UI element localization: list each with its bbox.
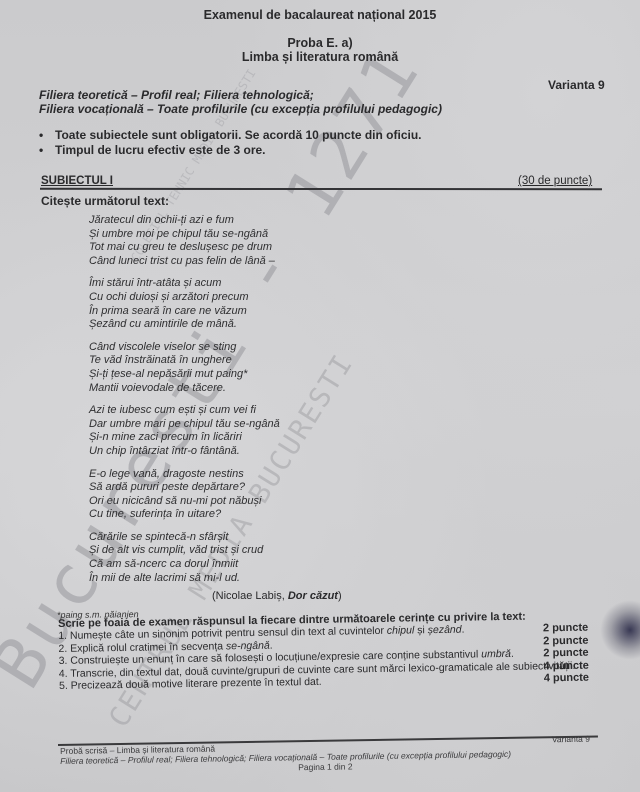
- poem-line: Și-n mine zaci precum în licăriri: [89, 431, 280, 445]
- instruction-item: •Timpul de lucru efectiv este de 3 ore.: [39, 143, 422, 158]
- exam-page: Bucuresti - 1271 CENTRUL MEDIA BUCURESTI…: [0, 0, 640, 792]
- bullet-icon: •: [39, 128, 55, 143]
- poem-line: Tot mai cu greu te deslușesc pe drum: [89, 241, 280, 255]
- poem-author: Nicolae Labiș: [216, 590, 282, 602]
- poem-line: Dar umbre mari pe chipul tău se-ngână: [89, 418, 280, 432]
- poem-line: Ori eu nicicând să nu-mi pot năbuși: [89, 495, 280, 509]
- poem-stanza: Cărările se spintecă-n sfârșitȘi de alt …: [89, 531, 280, 585]
- section-title: SUBIECTUL I: [41, 175, 113, 187]
- poem-line: Un chip întârziat într-o fântână.: [89, 445, 280, 459]
- poem-line: Cu tine, suferința în uitare?: [89, 508, 280, 522]
- poem-attribution: (Nicolae Labiș, Dor căzut): [212, 590, 342, 602]
- instructions-list: •Toate subiectele sunt obligatorii. Se a…: [39, 128, 422, 158]
- section-points: (30 de puncte): [518, 175, 592, 187]
- task-points: 2 puncte: [543, 647, 588, 660]
- poem-line: Când viscolele viselor se sting: [89, 341, 280, 355]
- poem-stanza: Jăratecul din ochii-ți azi e fumȘi umbre…: [89, 214, 280, 268]
- poem-line: Și-ți țese-al nepăsării mut paing*: [89, 368, 280, 382]
- poem-line: Și umbre moi pe chipul tău se-ngână: [89, 228, 280, 242]
- poem-line: Cu ochi duioși și arzători precum: [89, 291, 280, 305]
- instruction-item: •Toate subiectele sunt obligatorii. Se a…: [39, 128, 422, 143]
- task-list: Scrie pe foaia de examen răspunsul la fi…: [58, 610, 589, 693]
- poem-line: Jăratecul din ochii-ți azi e fum: [89, 214, 280, 228]
- poem-stanza: E-o lege vană, dragoste nestinsSă ardă p…: [89, 468, 280, 522]
- task-points: 4 puncte: [544, 672, 589, 685]
- footer-variant: Varianta 9: [552, 734, 590, 745]
- variant-label: Varianta 9: [548, 78, 605, 92]
- bullet-icon: •: [39, 143, 55, 158]
- poem-stanza: Când viscolele viselor se stingTe văd în…: [89, 341, 280, 395]
- poem-line: Azi te iubesc cum ești și cum vei fi: [89, 404, 280, 418]
- poem-line: Șezând cu amintirile de mână.: [89, 318, 280, 332]
- read-prompt: Citește următorul text:: [41, 194, 169, 208]
- section-divider: [40, 188, 602, 190]
- exam-proba: Proba E. a): [0, 36, 640, 50]
- poem-line: Și de alt vis cumplit, văd trist și crud: [89, 544, 280, 558]
- task-points: 4 puncte: [543, 659, 588, 672]
- filiera-line-2: Filiera vocațională – Toate profilurile …: [39, 102, 442, 116]
- task-points: 2 puncte: [543, 622, 588, 635]
- poem-work-title: Dor căzut: [288, 590, 338, 602]
- poem: Jăratecul din ochii-ți azi e fumȘi umbre…: [89, 214, 280, 594]
- photo-shadow: [600, 600, 640, 660]
- poem-stanza: Azi te iubesc cum ești și cum vei fiDar …: [89, 404, 280, 458]
- poem-line: Cărările se spintecă-n sfârșit: [89, 531, 280, 545]
- poem-line: Te văd înstrăinată în unghere: [89, 354, 280, 368]
- task-points: 2 puncte: [543, 634, 588, 647]
- poem-line: Când luneci trist cu pas felin de lână –: [89, 255, 280, 269]
- poem-line: În prima seară în care ne văzum: [89, 305, 280, 319]
- poem-line: Îmi stărui într-atâta și acum: [89, 277, 280, 291]
- exam-subject: Limba și literatura română: [0, 50, 640, 64]
- exam-title: Examenul de bacalaureat național 2015: [0, 8, 640, 22]
- filiera-line-1: Filiera teoretică – Profil real; Filiera…: [39, 88, 314, 102]
- poem-line: E-o lege vană, dragoste nestins: [89, 468, 280, 482]
- poem-line: Să ardă pururi peste depărtare?: [89, 481, 280, 495]
- poem-line: Mantii voievodale de tăcere.: [89, 382, 280, 396]
- poem-line: Că am să-ncerc ca dorul înmiit: [89, 558, 280, 572]
- poem-line: În mii de alte lacrimi să mi-l ud.: [89, 572, 280, 586]
- poem-stanza: Îmi stărui într-atâta și acumCu ochi dui…: [89, 277, 280, 331]
